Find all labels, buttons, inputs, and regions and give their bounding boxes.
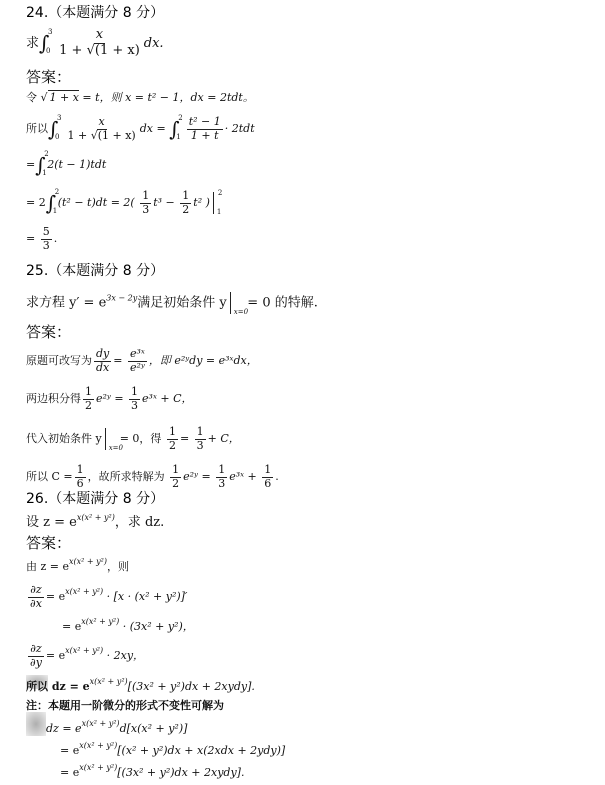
problem-26-question: 设 z = ex(x² + y²)，求 dz. [26, 514, 164, 529]
problem-24-step-3: =∫212(t − 1)tdt [26, 155, 106, 175]
fraction: x1 + √(1 + x) [57, 28, 142, 59]
problem-24-step-4: = 2∫21(t² − t)dt = 2( 13t³ − 12t² )21 [26, 190, 214, 216]
problem-24-question: 求∫30 x1 + √(1 + x)dx. [26, 28, 164, 59]
problem-26-step-4: ∂z∂y= ex(x² + y²) · 2xy， [26, 643, 144, 669]
problem-25-answer-label: 答案： [26, 325, 71, 340]
problem-25-step-3: 代入初始条件 yx=0 = 0，得 12= 13+ C， [26, 426, 240, 452]
problem-25-step-2: 两边积分得12e²ʸ = 13e³ˣ + C， [26, 386, 193, 412]
problem-25-header: 25.（本题满分 8 分） [26, 264, 164, 278]
problem-26-step-3: = ex(x² + y²) · (3x² + y²)， [62, 618, 194, 632]
scan-smudge [26, 712, 46, 736]
integral-sign-icon: ∫30 [39, 33, 51, 53]
problem-24-step-5: = 53. [26, 226, 57, 252]
problem-24-step-1: 令 √1 + x = t，则 x = t² − 1，dx = 2tdt。 [26, 92, 254, 103]
question-prefix: 求 [26, 36, 39, 51]
problem-25-question: 求方程 y′ = e3x − 2y满足初始条件 yx=0 = 0 的特解. [26, 292, 318, 314]
problem-26-note: 注：本题用一阶微分的形式不变性可解为 [26, 700, 224, 711]
problem-24-answer-label: 答案： [26, 70, 71, 85]
problem-24-step-2: 所以∫30 x1 + √(1 + x)dx = ∫21 t² − 11 + t·… [26, 116, 255, 142]
problem-25-step-4: 所以 C =16，故所求特解为 12e²ʸ = 13e³ˣ + 16. [26, 464, 279, 490]
problem-26-step-6: dz = ex(x² + y²)d[x(x² + y²)] [46, 720, 187, 734]
problem-25-step-1: 原题可改写为dydx= e³ˣe²ʸ，即 e²ʸdy = e³ˣdx， [26, 348, 258, 374]
problem-26-header: 26.（本题满分 8 分） [26, 492, 164, 506]
problem-26-step-5: 所以 dz = ex(x² + y²)[(3x² + y²)dx + 2xydy… [26, 678, 255, 692]
problem-24-header: 24.（本题满分 8 分） [26, 6, 164, 20]
problem-26-step-1: 由 z = ex(x² + y²)，则 [26, 558, 129, 572]
problem-26-answer-label: 答案： [26, 536, 71, 551]
problem-26-step-7: = ex(x² + y²)[(x² + y²)dx + x(2xdx + 2yd… [60, 742, 285, 756]
problem-26-step-2: ∂z∂x= ex(x² + y²) · [x · (x² + y²)]′ [26, 584, 187, 610]
problem-26-step-8: = ex(x² + y²)[(3x² + y²)dx + 2xydy]. [60, 764, 244, 778]
